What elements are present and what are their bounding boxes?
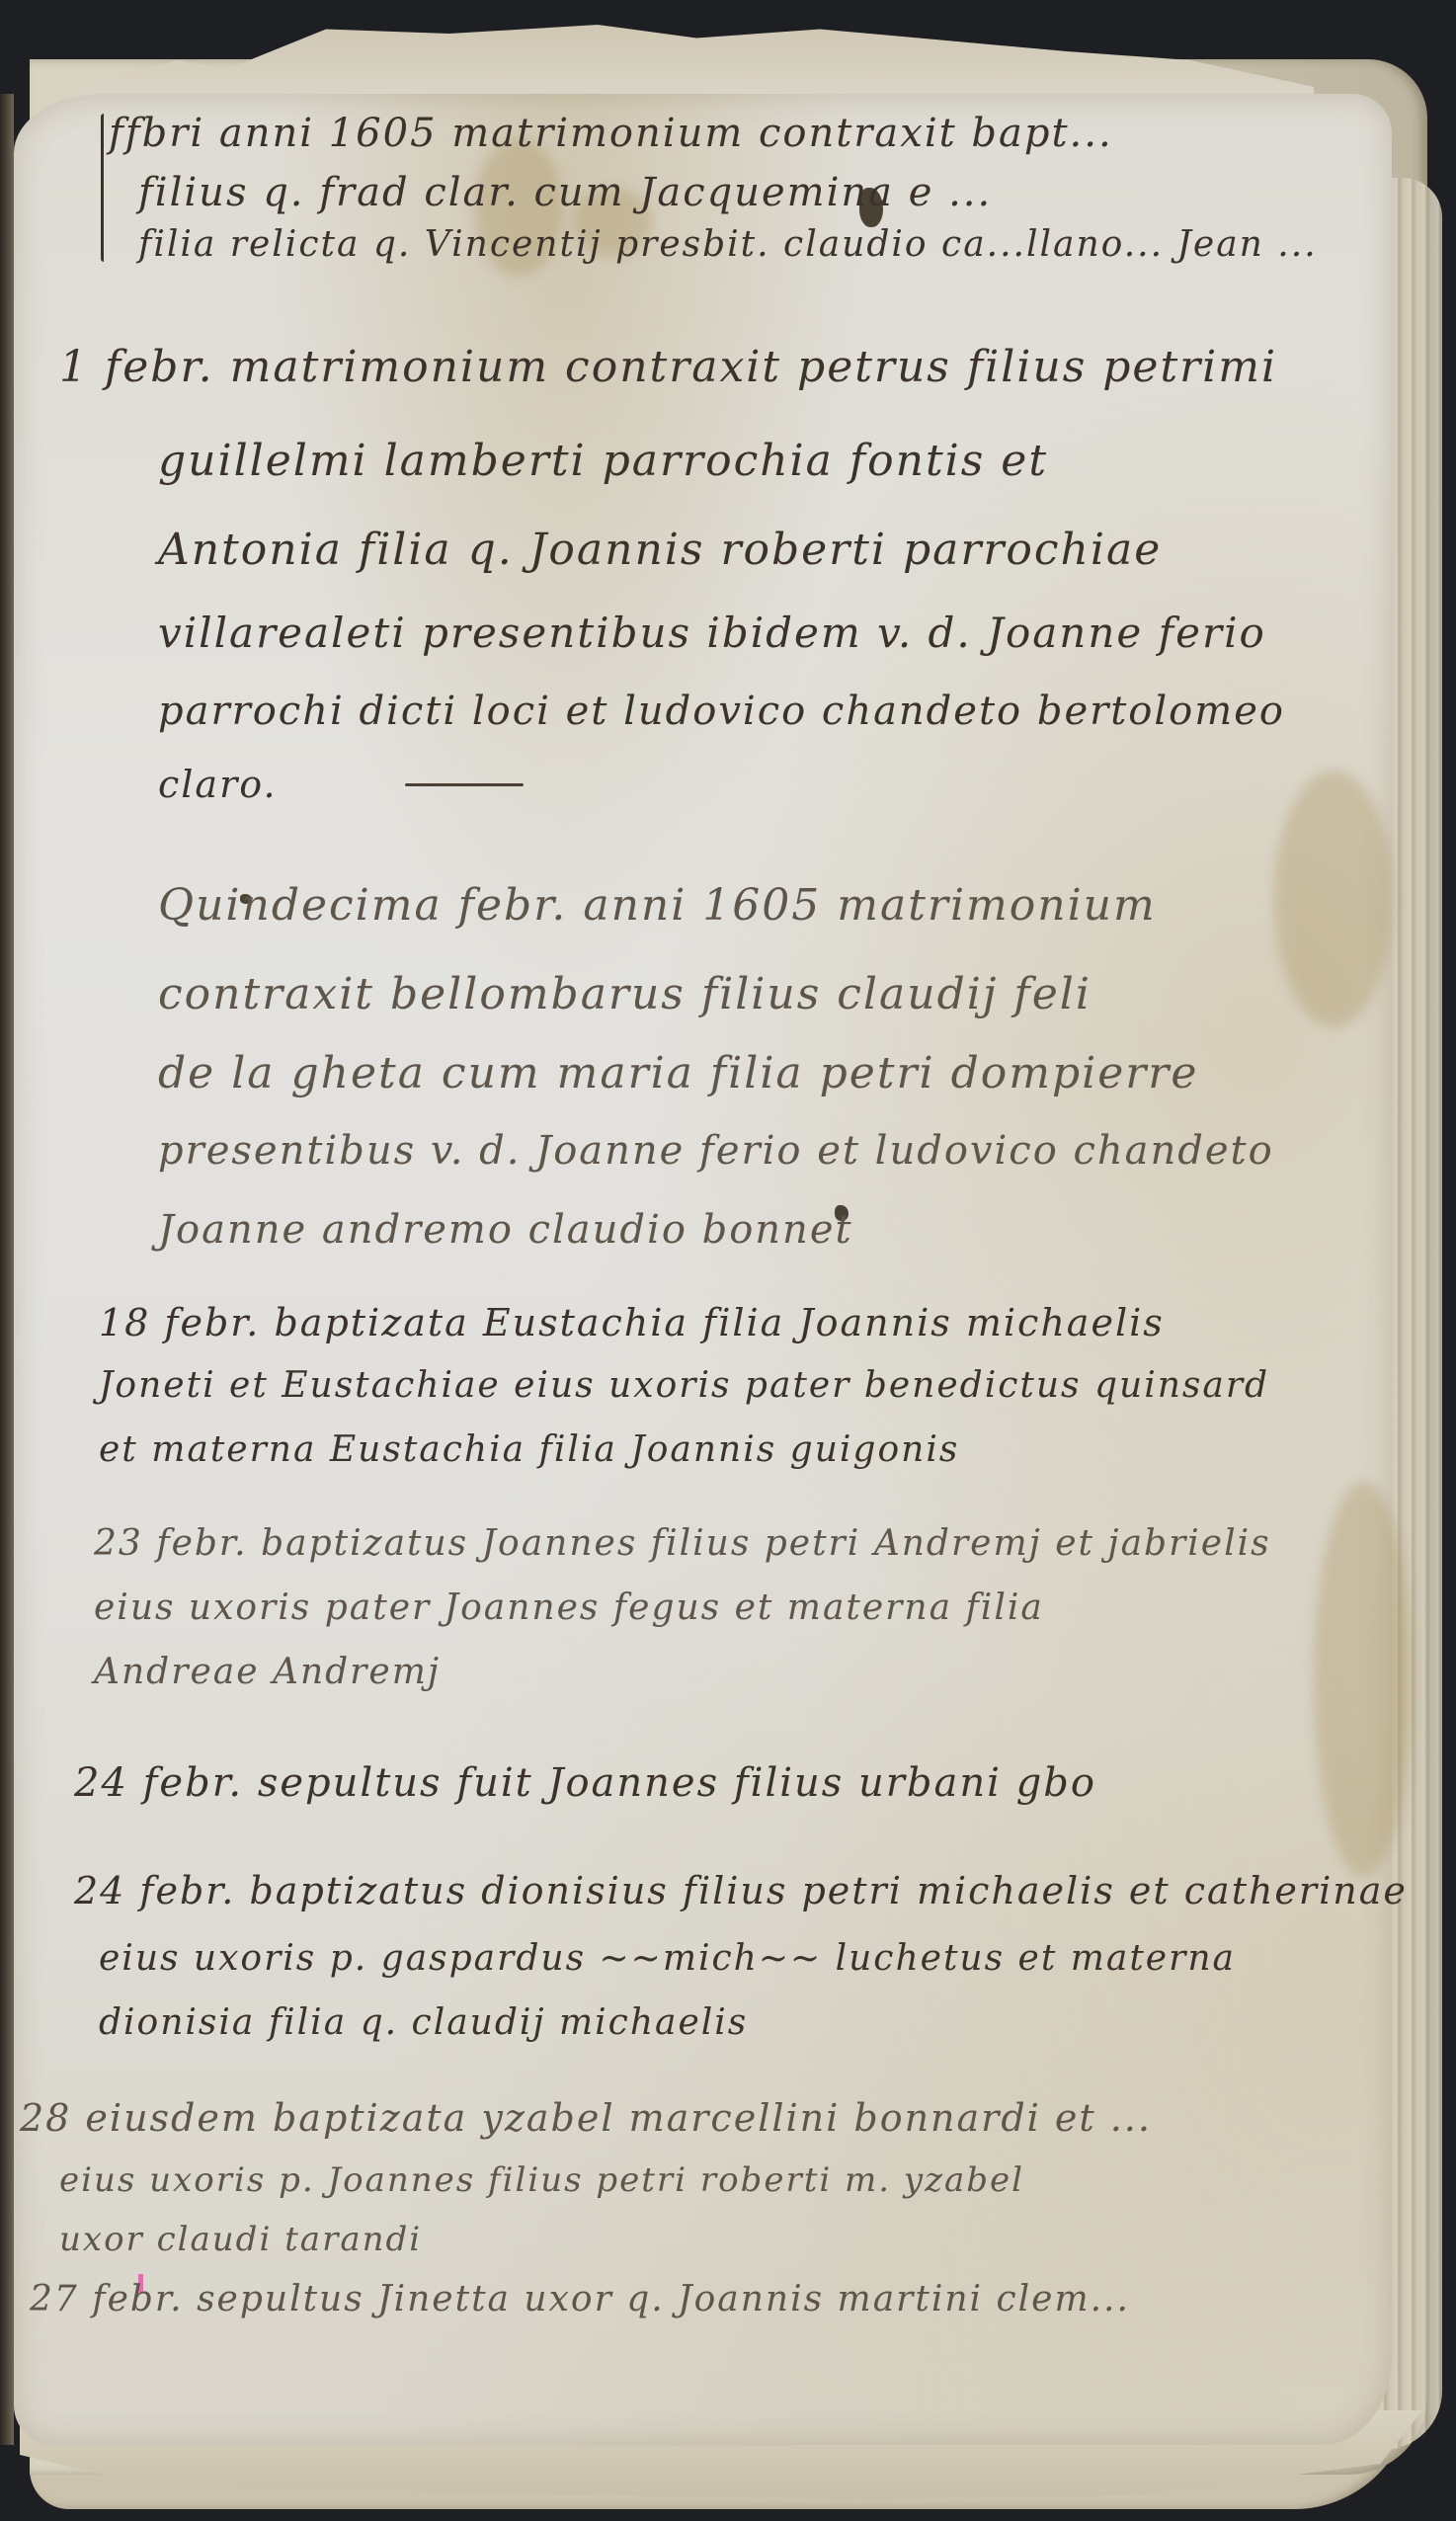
- entry-1-line-2: filius q. frad clar. cum Jacquemina e ..…: [138, 173, 992, 212]
- entry-3-line-5: Joanne andremo claudio bonnet: [158, 1210, 853, 1250]
- separator-rule: [405, 783, 524, 786]
- entry-5-line-3: Andreae Andremj: [94, 1655, 441, 1690]
- entry-4-line-2: Joneti et Eustachiae eius uxoris pater b…: [99, 1368, 1269, 1404]
- entry-8-line-2: eius uxoris p. Joannes filius petri robe…: [59, 2163, 1024, 2197]
- entry-3-line-3: de la gheta cum maria filia petri dompie…: [158, 1052, 1198, 1096]
- entry-1-line-1: ffbri anni 1605 matrimonium contraxit ba…: [109, 114, 1113, 153]
- entry-8-line-3: uxor claudi tarandi: [59, 2223, 422, 2256]
- entry-1-line-3: filia relicta q. Vincentij presbit. clau…: [138, 227, 1318, 263]
- entry-bracket: [101, 114, 104, 262]
- entry-6-line-1: 24 febr. sepultus fuit Joannes filius ur…: [74, 1763, 1096, 1803]
- entry-2-line-2: guillelmi lamberti parrochia fontis et: [158, 440, 1048, 483]
- entry-2-line-5: parrochi dicti loci et ludovico chandeto…: [158, 691, 1285, 731]
- entry-7-line-3: dionisia filia q. claudij michaelis: [99, 2005, 748, 2041]
- entry-7-line-2: eius uxoris p. gaspardus ~~mich~~ luchet…: [99, 1941, 1236, 1977]
- register-text: ffbri anni 1605 matrimonium contraxit ba…: [0, 0, 1456, 2521]
- entry-3-line-1: Quindecima febr. anni 1605 matrimonium: [158, 884, 1157, 928]
- entry-9-line-1: 27 febr. sepultus Jinetta uxor q. Joanni…: [30, 2282, 1130, 2318]
- entry-4-line-3: et materna Eustachia filia Joannis guigo…: [99, 1432, 959, 1468]
- entry-3-line-2: contraxit bellombarus filius claudij fel…: [158, 973, 1092, 1017]
- entry-8-line-1: 28 eiusdem baptizata yzabel marcellini b…: [20, 2099, 1152, 2137]
- entry-3-line-4: presentibus v. d. Joanne ferio et ludovi…: [158, 1131, 1274, 1171]
- entry-7-line-1: 24 febr. baptizatus dionisius filius pet…: [74, 1872, 1408, 1910]
- entry-2-line-6: claro.: [158, 766, 278, 803]
- entry-2-line-3: Antonia filia q. Joannis roberti parroch…: [158, 529, 1162, 572]
- entry-2-line-4: villarealeti presentibus ibidem v. d. Jo…: [158, 612, 1266, 654]
- entry-5-line-1: 23 febr. baptizatus Joannes filius petri…: [94, 1526, 1271, 1562]
- entry-2-line-1: 1 febr. matrimonium contraxit petrus fil…: [59, 346, 1277, 389]
- entry-4-line-1: 18 febr. baptizata Eustachia filia Joann…: [99, 1304, 1165, 1342]
- entry-5-line-2: eius uxoris pater Joannes fegus et mater…: [94, 1590, 1044, 1626]
